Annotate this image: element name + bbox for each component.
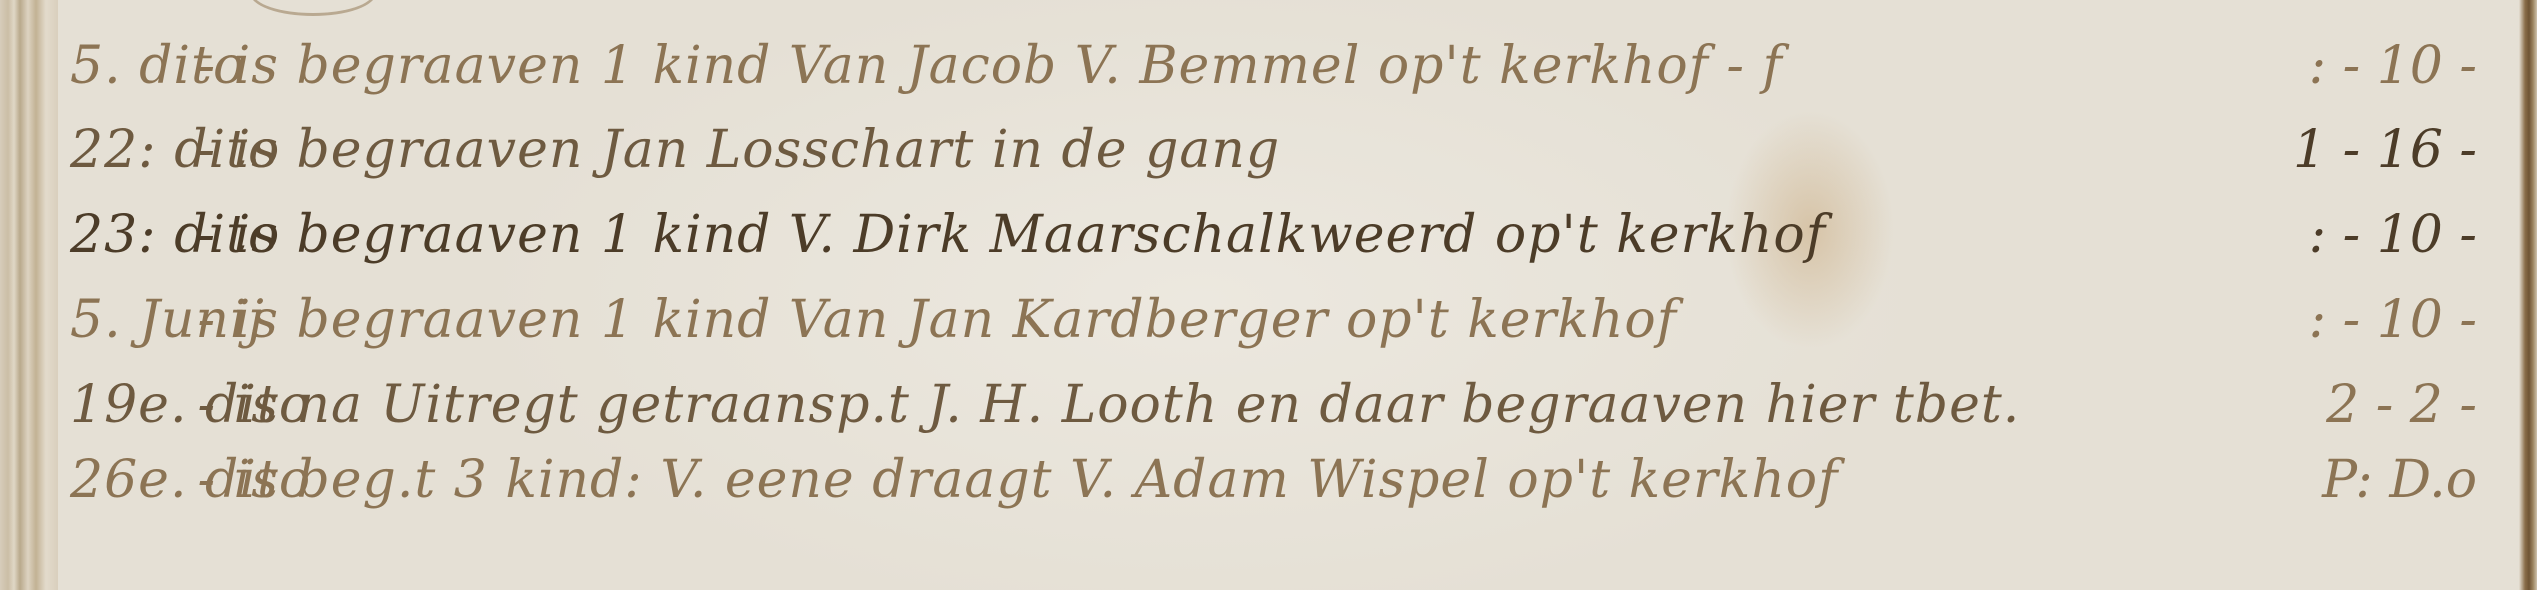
entry-amount: : - 10 - bbox=[2309, 290, 2477, 350]
entry-date: 26e. dito bbox=[70, 450, 180, 510]
manuscript-page: 5. dito - is begraaven 1 kind Van Jacob … bbox=[0, 0, 2537, 590]
ink-flourish bbox=[250, 0, 376, 16]
entry-amount: P: D.o bbox=[2322, 450, 2477, 510]
entry-date: 19e. dito bbox=[70, 375, 180, 435]
entry-date: 22: dito bbox=[70, 120, 180, 180]
entry-text: - is begraaven 1 kind Van Jacob V. Bemme… bbox=[198, 36, 1783, 96]
page-binding-margin bbox=[0, 0, 58, 590]
page-right-edge bbox=[2519, 0, 2537, 590]
entry-amount: : - 10 - bbox=[2309, 205, 2477, 265]
entry-date: 23: dito bbox=[70, 205, 180, 265]
entry-amount: : - 10 - bbox=[2309, 36, 2477, 96]
register-entry: 5. dito - is begraaven 1 kind Van Jacob … bbox=[70, 36, 1783, 96]
entry-date: 5. Junij bbox=[70, 290, 180, 350]
entry-amount: 2 - 2 - bbox=[2326, 375, 2477, 435]
register-entry: 26e. dito - is beg.t 3 kind: V. eene dra… bbox=[70, 450, 1838, 510]
register-entry: 5. Junij - is begraaven 1 kind Van Jan K… bbox=[70, 290, 1677, 350]
register-entry: 19e. dito - is na Uitregt getraansp.t J.… bbox=[70, 375, 2020, 435]
entry-text: - is begraaven 1 kind V. Dirk Maarschalk… bbox=[198, 205, 1826, 265]
entry-amount: 1 - 16 - bbox=[2293, 120, 2477, 180]
entry-text: - is begraaven 1 kind Van Jan Kardberger… bbox=[198, 290, 1677, 350]
register-entry: 23: dito - is begraaven 1 kind V. Dirk M… bbox=[70, 205, 1826, 265]
entry-text: - is na Uitregt getraansp.t J. H. Looth … bbox=[198, 375, 2021, 435]
entry-text: - is begraaven Jan Losschart in de gang bbox=[198, 120, 1281, 180]
entry-text: - is beg.t 3 kind: V. eene draagt V. Ada… bbox=[198, 450, 1839, 510]
entry-date: 5. dito bbox=[70, 36, 180, 96]
register-entry: 22: dito - is begraaven Jan Losschart in… bbox=[70, 120, 1280, 180]
